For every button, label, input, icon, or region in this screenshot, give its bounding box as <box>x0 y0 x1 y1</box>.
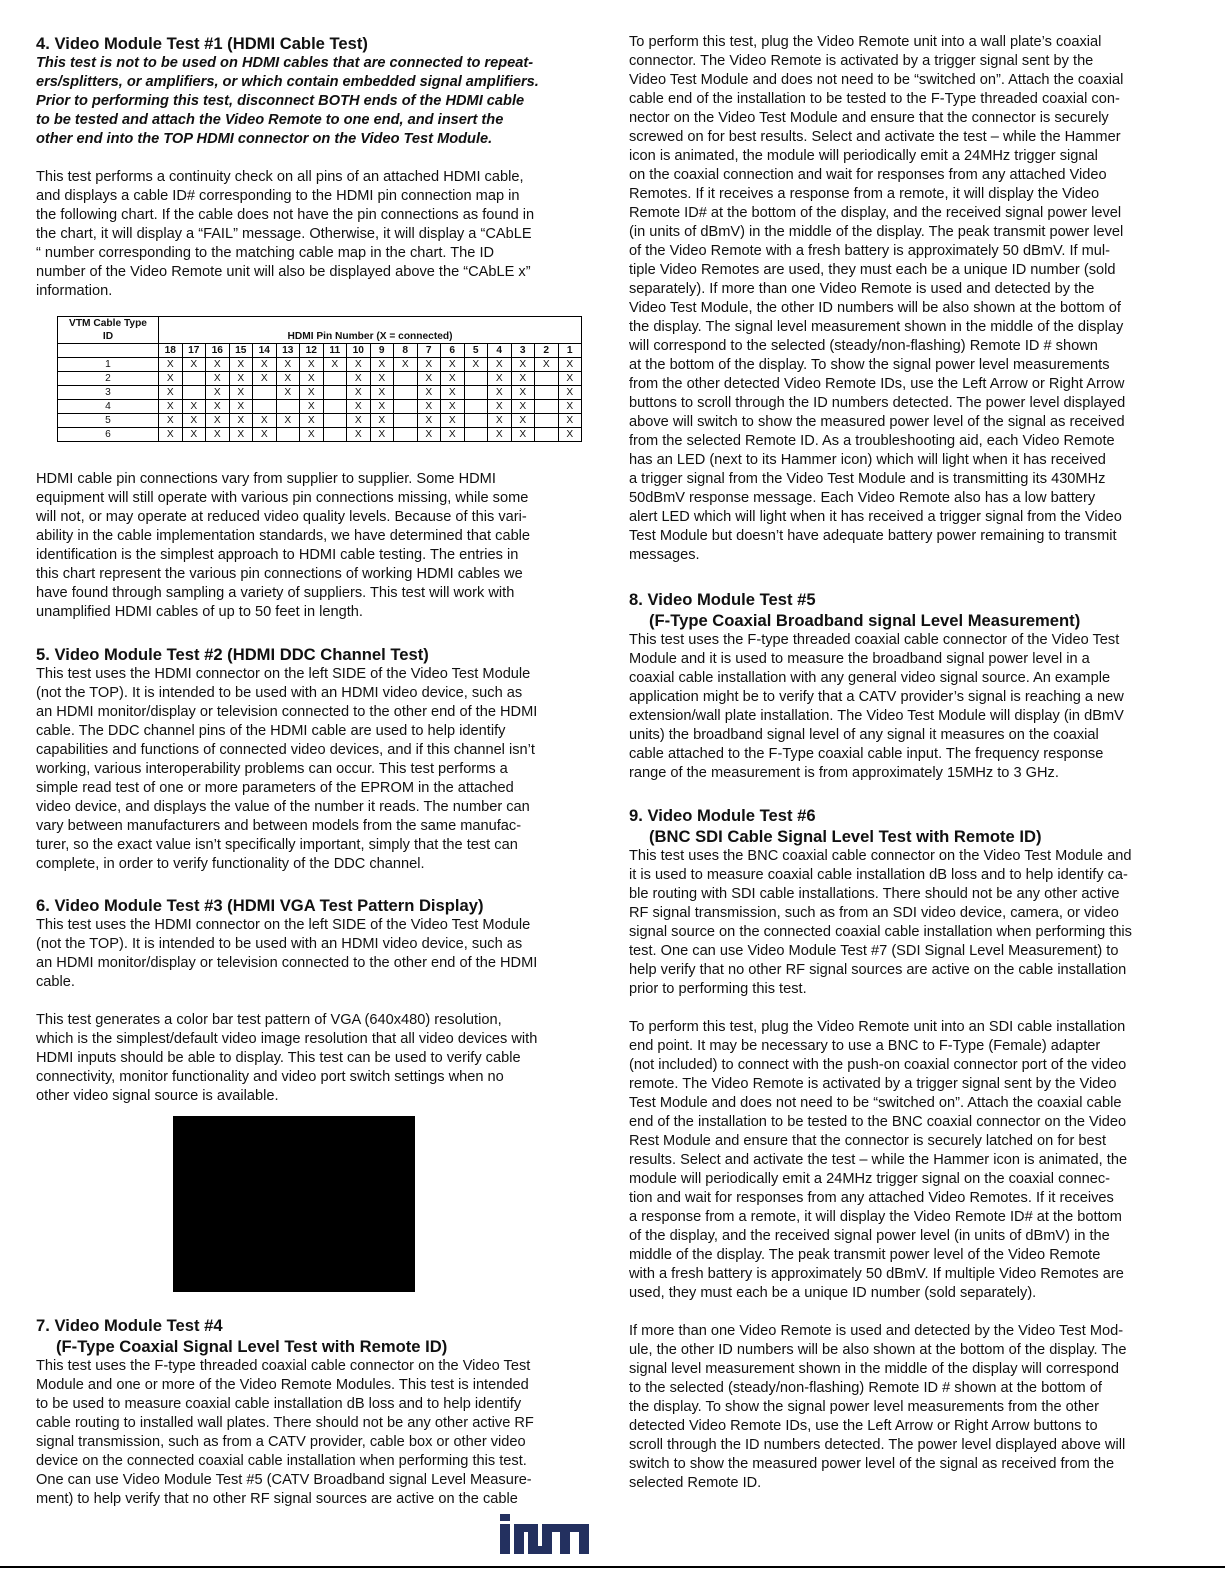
hdmi-pin-table: VTM Cable Type ID HDMI Pin Number (X = c… <box>57 316 582 442</box>
pin-connection-cell: X <box>347 372 371 386</box>
pin-connection-cell: X <box>417 386 441 400</box>
pin-connection-cell: X <box>558 372 582 386</box>
text-line: it is used to measure coaxial cable inst… <box>629 866 1189 885</box>
text-line: turer, so the exact value isn’t specific… <box>36 836 588 855</box>
pin-connection-cell: X <box>300 414 324 428</box>
pin-number-header: 15 <box>229 344 253 358</box>
text-line: icon is animated, the module will period… <box>629 147 1189 166</box>
pin-connection-cell: X <box>488 414 512 428</box>
right-column: To perform this test, plug the Video Rem… <box>629 33 1189 1493</box>
text-line: This test uses the HDMI connector on the… <box>36 916 588 935</box>
pin-connection-cell: X <box>488 386 512 400</box>
table-row: 6XXXXXXXXXXXXX <box>58 428 582 442</box>
table-row: 4XXXXXXXXXXXX <box>58 400 582 414</box>
section-4-paragraph-1: This test performs a continuity check on… <box>36 168 588 301</box>
pin-connection-cell: X <box>300 372 324 386</box>
pin-connection-cell: X <box>206 386 230 400</box>
section-6-heading: 6. Video Module Test #3 (HDMI VGA Test P… <box>36 895 588 916</box>
cable-type-id: 1 <box>58 358 159 372</box>
text-line: ule, the other ID numbers will be also s… <box>629 1341 1189 1360</box>
text-line: Video Test Module and does not need to b… <box>629 71 1189 90</box>
pin-connection-cell <box>253 386 277 400</box>
text-line: scroll through the ID numbers detected. … <box>629 1436 1189 1455</box>
pin-connection-cell <box>535 428 559 442</box>
text-line: This test uses the F-type threaded coaxi… <box>36 1357 588 1376</box>
text-line: information. <box>36 282 588 301</box>
table-row: 2XXXXXXXXXXXXX <box>58 372 582 386</box>
text-line: nector on the Video Test Module and ensu… <box>629 109 1189 128</box>
pin-connection-cell: X <box>206 400 230 414</box>
text-line: which is the simplest/default video imag… <box>36 1030 588 1049</box>
text-line: (not included) to connect with the push-… <box>629 1056 1189 1075</box>
section-9-paragraph-3: If more than one Video Remote is used an… <box>629 1322 1189 1493</box>
text-line: “ number corresponding to the matching c… <box>36 244 588 263</box>
text-line: (not the TOP). It is intended to be used… <box>36 684 588 703</box>
text-line: from the selected Remote ID. As a troubl… <box>629 432 1189 451</box>
left-column: 4. Video Module Test #1 (HDMI Cable Test… <box>36 33 588 301</box>
cable-type-id: 4 <box>58 400 159 414</box>
text-line: buttons to scroll through the ID numbers… <box>629 394 1189 413</box>
text-line: connector. The Video Remote is activated… <box>629 52 1189 71</box>
pin-connection-cell <box>464 428 488 442</box>
text-line: Test Module but doesn’t have adequate ba… <box>629 527 1189 546</box>
pin-connection-cell: X <box>511 372 535 386</box>
pin-connection-cell: X <box>417 372 441 386</box>
pin-connection-cell: X <box>229 386 253 400</box>
pin-connection-cell <box>323 386 347 400</box>
pin-connection-cell <box>464 414 488 428</box>
pin-connection-cell: X <box>276 372 300 386</box>
pin-connection-cell: X <box>206 358 230 372</box>
pin-connection-cell <box>394 386 418 400</box>
text-line: This test uses the BNC coaxial cable con… <box>629 847 1189 866</box>
section-4-heading: 4. Video Module Test #1 (HDMI Cable Test… <box>36 33 588 54</box>
pin-connection-cell: X <box>253 414 277 428</box>
text-line: other end into the TOP HDMI connector on… <box>36 130 588 149</box>
text-line: application might be to verify that a CA… <box>629 688 1189 707</box>
pin-connection-cell: X <box>300 428 324 442</box>
text-line: an HDMI monitor/display or television co… <box>36 954 588 973</box>
pin-number-header: 7 <box>417 344 441 358</box>
pin-number-header: 16 <box>206 344 230 358</box>
pin-connection-cell: X <box>229 372 253 386</box>
pin-connection-cell: X <box>159 386 183 400</box>
text-line: signal source on the connected coaxial c… <box>629 923 1189 942</box>
text-line: This test uses the F-type threaded coaxi… <box>629 631 1189 650</box>
text-line: detected Video Remote IDs, use the Left … <box>629 1417 1189 1436</box>
pin-connection-cell: X <box>511 386 535 400</box>
cable-type-id: 5 <box>58 414 159 428</box>
section-8-heading-line1: 8. Video Module Test #5 <box>629 589 1189 610</box>
text-line: an HDMI monitor/display or television co… <box>36 703 588 722</box>
text-line: This test generates a color bar test pat… <box>36 1011 588 1030</box>
pin-connection-cell <box>323 414 347 428</box>
section-4-warning: This test is not to be used on HDMI cabl… <box>36 54 588 149</box>
pin-connection-cell: X <box>535 358 559 372</box>
left-column-lower: HDMI cable pin connections vary from sup… <box>36 470 588 1106</box>
text-line: 50dBmV response message. Each Video Remo… <box>629 489 1189 508</box>
section-7-body: This test uses the F-type threaded coaxi… <box>36 1357 588 1509</box>
pin-connection-cell: X <box>370 428 394 442</box>
text-line: tion and wait for responses from any att… <box>629 1189 1189 1208</box>
text-line: complete, in order to verify functionali… <box>36 855 588 874</box>
text-line: the display. To show the signal power le… <box>629 1398 1189 1417</box>
pin-connection-cell: X <box>558 428 582 442</box>
text-line: Video Test Module, the other ID numbers … <box>629 299 1189 318</box>
text-line: coaxial cable installation with any gene… <box>629 669 1189 688</box>
pin-connection-cell <box>276 400 300 414</box>
text-line: This test performs a continuity check on… <box>36 168 588 187</box>
pin-connection-cell: X <box>276 386 300 400</box>
test-pattern-image-placeholder <box>173 1116 415 1292</box>
pin-connection-cell: X <box>253 358 277 372</box>
pin-connection-cell: X <box>417 400 441 414</box>
pin-connection-cell: X <box>370 358 394 372</box>
pin-connection-cell <box>394 414 418 428</box>
text-line: to be used to measure coaxial cable inst… <box>36 1395 588 1414</box>
pin-connection-cell: X <box>370 386 394 400</box>
text-line: identification is the simplest approach … <box>36 546 588 565</box>
pin-connection-cell: X <box>558 414 582 428</box>
pin-connection-cell <box>535 414 559 428</box>
section-5-heading: 5. Video Module Test #2 (HDMI DDC Channe… <box>36 644 588 665</box>
text-line: units) the broadband signal level of any… <box>629 726 1189 745</box>
text-line: results. Select and activate the test – … <box>629 1151 1189 1170</box>
text-line: above will switch to show the measured p… <box>629 413 1189 432</box>
text-line: cable. <box>36 973 588 992</box>
pin-number-header: 12 <box>300 344 324 358</box>
text-line: HDMI inputs should be able to display. T… <box>36 1049 588 1068</box>
text-line: cable attached to the F-Type coaxial cab… <box>629 745 1189 764</box>
pin-number-header: 17 <box>182 344 206 358</box>
text-line: remote. The Video Remote is activated by… <box>629 1075 1189 1094</box>
logo-shapes <box>500 1514 589 1554</box>
text-line: signal transmission, such as from a CATV… <box>36 1433 588 1452</box>
text-line: ment) to help verify that no other RF si… <box>36 1490 588 1509</box>
footer-rule <box>0 1566 1225 1568</box>
text-line: HDMI cable pin connections vary from sup… <box>36 470 588 489</box>
pin-connection-cell: X <box>182 358 206 372</box>
text-line: middle of the display. The peak transmit… <box>629 1246 1189 1265</box>
pin-connection-cell <box>464 386 488 400</box>
pin-connection-cell: X <box>300 358 324 372</box>
pin-connection-cell <box>182 372 206 386</box>
section-8-body: This test uses the F-type threaded coaxi… <box>629 631 1189 783</box>
text-line: of the display, and the received signal … <box>629 1227 1189 1246</box>
text-line: Prior to performing this test, disconnec… <box>36 92 588 111</box>
pin-number-header: 6 <box>441 344 465 358</box>
section-8-heading-line2: (F-Type Coaxial Broadband signal Level M… <box>629 610 1189 631</box>
pin-connection-cell: X <box>347 358 371 372</box>
pin-connection-cell <box>535 372 559 386</box>
text-line: screwed on for best results. Select and … <box>629 128 1189 147</box>
pin-connection-cell: X <box>370 414 394 428</box>
pin-connection-cell: X <box>488 400 512 414</box>
pin-connection-cell: X <box>511 358 535 372</box>
pin-number-header: 8 <box>394 344 418 358</box>
text-line: to the selected (steady/non-flashing) Re… <box>629 1379 1189 1398</box>
pin-connection-cell: X <box>511 414 535 428</box>
pin-connection-cell: X <box>229 414 253 428</box>
pin-connection-cell <box>323 372 347 386</box>
text-line: (not the TOP). It is intended to be used… <box>36 935 588 954</box>
pin-connection-cell: X <box>417 414 441 428</box>
text-line: the chart, it will display a “FAIL” mess… <box>36 225 588 244</box>
text-line: end of the installation to be tested to … <box>629 1113 1189 1132</box>
text-line: To perform this test, plug the Video Rem… <box>629 1018 1189 1037</box>
pin-connection-cell: X <box>417 428 441 442</box>
pin-connection-cell: X <box>441 400 465 414</box>
section-9-paragraph-2: To perform this test, plug the Video Rem… <box>629 1018 1189 1303</box>
text-line: alert LED which will light when it has r… <box>629 508 1189 527</box>
cable-type-id: 6 <box>58 428 159 442</box>
pin-connection-cell <box>464 372 488 386</box>
text-line: Test Module and does not need to be “swi… <box>629 1094 1189 1113</box>
section-4-paragraph-2: HDMI cable pin connections vary from sup… <box>36 470 588 622</box>
pin-connection-cell: X <box>229 400 253 414</box>
pin-connection-cell: X <box>441 414 465 428</box>
pin-connection-cell: X <box>300 386 324 400</box>
text-line: will correspond to the selected (steady/… <box>629 337 1189 356</box>
pin-number-header: 9 <box>370 344 394 358</box>
text-line: RF signal transmission, such as from an … <box>629 904 1189 923</box>
text-line: and displays a cable ID# corresponding t… <box>36 187 588 206</box>
text-line: will not, or may operate at reduced vide… <box>36 508 588 527</box>
text-line: To perform this test, plug the Video Rem… <box>629 33 1189 52</box>
pin-connection-cell: X <box>488 428 512 442</box>
pin-connection-cell: X <box>300 400 324 414</box>
text-line: end point. It may be necessary to use a … <box>629 1037 1189 1056</box>
pin-connection-cell <box>253 400 277 414</box>
pin-connection-cell: X <box>488 372 512 386</box>
text-line: used, they must each be a unique ID numb… <box>629 1284 1189 1303</box>
text-line: cable. The DDC channel pins of the HDMI … <box>36 722 588 741</box>
pin-connection-cell: X <box>417 358 441 372</box>
table-header-id-line2: ID <box>58 330 159 344</box>
pin-connection-cell: X <box>229 358 253 372</box>
section-9-heading-line2: (BNC SDI Cable Signal Level Test with Re… <box>629 826 1189 847</box>
pin-connection-cell: X <box>323 358 347 372</box>
section-7-heading-line1: 7. Video Module Test #4 <box>36 1315 588 1336</box>
text-line: Module and one or more of the Video Remo… <box>36 1376 588 1395</box>
text-line: have found through sampling a variety of… <box>36 584 588 603</box>
text-line: signal level measurement shown in the mi… <box>629 1360 1189 1379</box>
pin-connection-cell <box>323 400 347 414</box>
text-line: help verify that no other RF signal sour… <box>629 961 1189 980</box>
text-line: test. One can use Video Module Test #7 (… <box>629 942 1189 961</box>
pin-connection-cell: X <box>511 428 535 442</box>
pin-connection-cell <box>276 428 300 442</box>
pin-number-header: 1 <box>558 344 582 358</box>
pin-connection-cell: X <box>347 414 371 428</box>
pin-number-header: 10 <box>347 344 371 358</box>
pin-connection-cell <box>535 386 559 400</box>
text-line: ble routing with SDI cable installations… <box>629 885 1189 904</box>
pin-connection-cell: X <box>229 428 253 442</box>
text-line: equipment will still operate with variou… <box>36 489 588 508</box>
pin-connection-cell: X <box>558 358 582 372</box>
pin-connection-cell: X <box>347 386 371 400</box>
section-6-paragraph-2: This test generates a color bar test pat… <box>36 1011 588 1106</box>
text-line: Rest Module and ensure that the connecto… <box>629 1132 1189 1151</box>
table-pin-number-row: 181716151413121110987654321 <box>58 344 582 358</box>
pin-number-header: 14 <box>253 344 277 358</box>
pin-connection-cell <box>394 428 418 442</box>
pin-connection-cell <box>323 428 347 442</box>
text-line: messages. <box>629 546 1189 565</box>
text-line: number of the Video Remote unit will als… <box>36 263 588 282</box>
text-line: Module and it is used to measure the bro… <box>629 650 1189 669</box>
text-line: simple read test of one or more paramete… <box>36 779 588 798</box>
pin-connection-cell: X <box>206 428 230 442</box>
text-line: to be tested and attach the Video Remote… <box>36 111 588 130</box>
pin-connection-cell: X <box>511 400 535 414</box>
text-line: cable end of the installation to be test… <box>629 90 1189 109</box>
text-line: unamplified HDMI cables of up to 50 feet… <box>36 603 588 622</box>
text-line: One can use Video Module Test #5 (CATV B… <box>36 1471 588 1490</box>
section-7-continued: To perform this test, plug the Video Rem… <box>629 33 1189 565</box>
text-line: capabilities and functions of connected … <box>36 741 588 760</box>
pin-connection-cell: X <box>441 358 465 372</box>
pin-connection-cell: X <box>441 372 465 386</box>
text-line: This test uses the HDMI connector on the… <box>36 665 588 684</box>
pin-connection-cell: X <box>159 372 183 386</box>
text-line: from the other detected Video Remote IDs… <box>629 375 1189 394</box>
pin-connection-cell <box>394 400 418 414</box>
pin-connection-cell: X <box>253 372 277 386</box>
pin-connection-cell: X <box>464 358 488 372</box>
pin-number-header: 2 <box>535 344 559 358</box>
text-line: separately). If more than one Video Remo… <box>629 280 1189 299</box>
table-row: 3XXXXXXXXXXXX <box>58 386 582 400</box>
pin-number-header: 4 <box>488 344 512 358</box>
text-line: extension/wall plate installation. The V… <box>629 707 1189 726</box>
text-line: selected Remote ID. <box>629 1474 1189 1493</box>
pin-connection-cell <box>394 372 418 386</box>
section-7-heading-line2: (F-Type Coaxial Signal Level Test with R… <box>36 1336 588 1357</box>
text-line: ability in the cable implementation stan… <box>36 527 588 546</box>
text-line: This test is not to be used on HDMI cabl… <box>36 54 588 73</box>
pin-connection-cell: X <box>253 428 277 442</box>
table-header-pins: HDMI Pin Number (X = connected) <box>159 330 582 344</box>
text-line: switch to show the measured power level … <box>629 1455 1189 1474</box>
text-line: other video signal source is available. <box>36 1087 588 1106</box>
text-line: prior to performing this test. <box>629 980 1189 999</box>
pin-connection-cell: X <box>558 400 582 414</box>
pin-connection-cell: X <box>276 414 300 428</box>
text-line: range of the measurement is from approxi… <box>629 764 1189 783</box>
section-5-body: This test uses the HDMI connector on the… <box>36 665 588 874</box>
table-row: 1XXXXXXXXXXXXXXXXXX <box>58 358 582 372</box>
text-line: cable routing to installed wall plates. … <box>36 1414 588 1433</box>
text-line: If more than one Video Remote is used an… <box>629 1322 1189 1341</box>
pin-connection-cell: X <box>488 358 512 372</box>
text-line: of the Video Remote with a fresh battery… <box>629 242 1189 261</box>
pin-connection-cell: X <box>370 372 394 386</box>
cable-type-id: 2 <box>58 372 159 386</box>
pin-number-header: 3 <box>511 344 535 358</box>
pin-connection-cell: X <box>206 414 230 428</box>
pin-connection-cell: X <box>159 400 183 414</box>
text-line: Remotes. If it receives a response from … <box>629 185 1189 204</box>
table-header-id-line1: VTM Cable Type <box>58 317 159 331</box>
pin-number-header: 5 <box>464 344 488 358</box>
pin-connection-cell: X <box>441 386 465 400</box>
table-row: 5XXXXXXXXXXXXXX <box>58 414 582 428</box>
pin-connection-cell: X <box>182 400 206 414</box>
section-7: 7. Video Module Test #4 (F-Type Coaxial … <box>36 1315 588 1509</box>
text-line: a response from a remote, it will displa… <box>629 1208 1189 1227</box>
pin-number-header: 11 <box>323 344 347 358</box>
text-line: working, various interoperability proble… <box>36 760 588 779</box>
text-line: on the coaxial connection and wait for r… <box>629 166 1189 185</box>
text-line: connectivity, monitor functionality and … <box>36 1068 588 1087</box>
section-9-heading-line1: 9. Video Module Test #6 <box>629 805 1189 826</box>
pin-connection-cell: X <box>159 358 183 372</box>
text-line: module will periodically emit a 24MHz tr… <box>629 1170 1189 1189</box>
pin-connection-cell: X <box>182 428 206 442</box>
section-6-paragraph-1: This test uses the HDMI connector on the… <box>36 916 588 992</box>
text-line: vary between manufacturers and between m… <box>36 817 588 836</box>
pin-number-header: 13 <box>276 344 300 358</box>
text-line: with a fresh battery is approximately 50… <box>629 1265 1189 1284</box>
text-line: (in units of dBmV) in the middle of the … <box>629 223 1189 242</box>
pin-connection-cell: X <box>159 428 183 442</box>
section-9-paragraph-1: This test uses the BNC coaxial cable con… <box>629 847 1189 999</box>
text-line: Remote ID# at the bottom of the display,… <box>629 204 1189 223</box>
text-line: a trigger signal from the Video Test Mod… <box>629 470 1189 489</box>
pin-connection-cell <box>182 386 206 400</box>
pin-connection-cell <box>535 400 559 414</box>
pin-connection-cell: X <box>347 400 371 414</box>
cable-type-id: 3 <box>58 386 159 400</box>
text-line: has an LED (next to its Hammer icon) whi… <box>629 451 1189 470</box>
pin-connection-cell: X <box>347 428 371 442</box>
text-line: the following chart. If the cable does n… <box>36 206 588 225</box>
pin-connection-cell: X <box>558 386 582 400</box>
text-line: ers/splitters, or amplifiers, or which c… <box>36 73 588 92</box>
pin-connection-cell <box>464 400 488 414</box>
text-line: device on the connected coaxial cable in… <box>36 1452 588 1471</box>
pin-connection-cell: X <box>159 414 183 428</box>
pin-connection-cell: X <box>394 358 418 372</box>
pin-connection-cell: X <box>441 428 465 442</box>
text-line: video device, and displays the value of … <box>36 798 588 817</box>
pin-connection-cell: X <box>182 414 206 428</box>
pin-number-header: 18 <box>159 344 183 358</box>
text-line: this chart represent the various pin con… <box>36 565 588 584</box>
text-line: at the bottom of the display. To show th… <box>629 356 1189 375</box>
text-line: the display. The signal level measuremen… <box>629 318 1189 337</box>
text-line: tiple Video Remotes are used, they must … <box>629 261 1189 280</box>
pin-connection-cell: X <box>206 372 230 386</box>
itm-logo-icon <box>500 1514 589 1554</box>
pin-connection-cell: X <box>370 400 394 414</box>
pin-connection-cell: X <box>276 358 300 372</box>
